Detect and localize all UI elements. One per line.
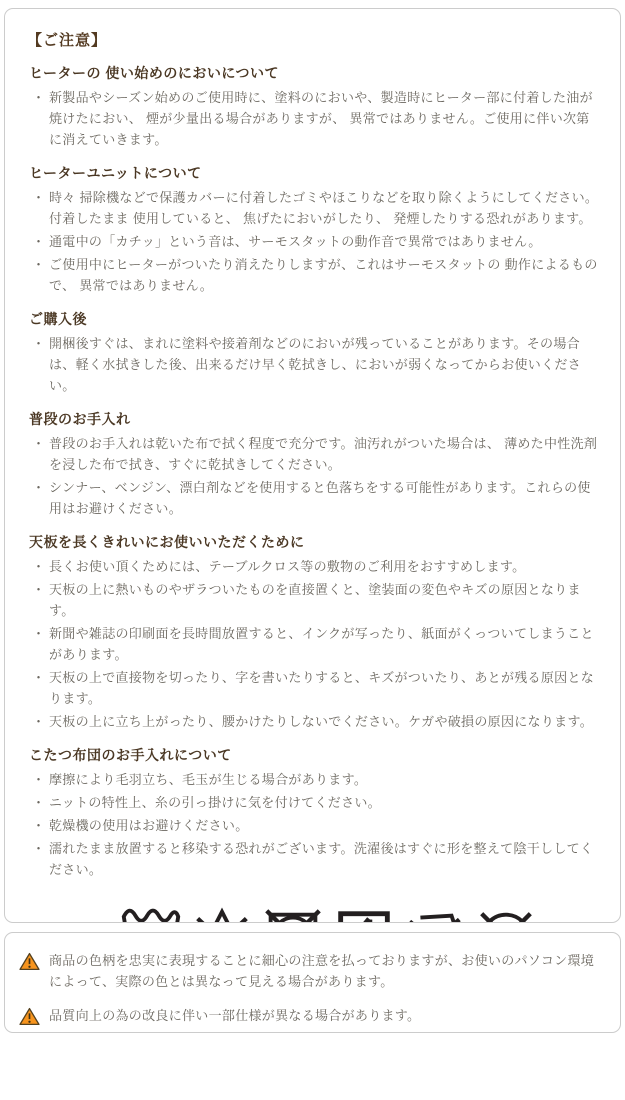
wash-30-icon: 30 — [119, 904, 183, 923]
section-daily-care: 普段のお手入れ 普段のお手入れは乾いた布で拭く程度で充分です。油汚れがついた場合… — [27, 409, 600, 519]
bullet-item: 天板の上に立ち上がったり、腰かけたりしないでください。ケガや破損の原因になります… — [32, 711, 600, 732]
no-tumble-dry-icon — [261, 904, 325, 923]
bullet-item: 新製品やシーズン始めのご使用時に、塗料のにおいや、製造時にヒーター部に付着した油… — [32, 87, 600, 150]
laundry-care-label: 洗濯表示 — [35, 920, 93, 923]
bullet-list: 新製品やシーズン始めのご使用時に、塗料のにおいや、製造時にヒーター部に付着した油… — [27, 87, 600, 150]
bullet-item: 普段のお手入れは乾いた布で拭く程度で充分です。油汚れがついた場合は、 薄めた中性… — [32, 433, 600, 475]
bullet-item: 開梱後すぐは、まれに塗料や接着剤などのにおいが残っていることがあります。その場合… — [32, 333, 600, 396]
footer-notice-box: 商品の色柄を忠実に表現することに細心の注意を払っておりますが、お使いのパソコン環… — [4, 932, 621, 1033]
section-heater-unit: ヒーターユニットについて 時々 掃除機などで保護カバーに付着したゴミやほこりなど… — [27, 163, 600, 296]
bullet-list: 長くお使い頂くためには、テーブルクロス等の敷物のご利用をおすすめします。 天板の… — [27, 556, 600, 732]
section-after-purchase: ご購入後 開梱後すぐは、まれに塗料や接着剤などのにおいが残っていることがあります… — [27, 309, 600, 396]
color-disclaimer: 商品の色柄を忠実に表現することに細心の注意を払っておりますが、お使いのパソコン環… — [19, 950, 602, 992]
section-heading: ご購入後 — [29, 309, 600, 329]
bullet-list: 摩擦により毛羽立ち、毛玉が生じる場合があります。 ニットの特性上、糸の引っ掛けに… — [27, 769, 600, 880]
section-heading: ヒーターの 使い始めのにおいについて — [29, 63, 600, 83]
warning-icon — [19, 1007, 40, 1026]
bullet-item: 摩擦により毛羽立ち、毛玉が生じる場合があります。 — [32, 769, 600, 790]
bullet-item: 時々 掃除機などで保護カバーに付着したゴミやほこりなどを取り除くようにしてくださ… — [32, 187, 600, 229]
section-tabletop-care: 天板を長くきれいにお使いいただくために 長くお使い頂くためには、テーブルクロス等… — [27, 532, 600, 732]
no-dry-clean-icon — [474, 904, 538, 923]
no-bleach-icon — [190, 904, 254, 923]
bullet-item: 新聞や雑誌の印刷面を長時間放置すると、インクが写ったり、紙面がくっついてしまうこ… — [32, 623, 600, 665]
bullet-item: 天板の上で直接物を切ったり、字を書いたりすると、キズがついたり、あとが残る原因と… — [32, 667, 600, 709]
bullet-item: 天板の上に熱いものやザラついたものを直接置くと、塗装面の変色やキズの原因となりま… — [32, 579, 600, 621]
section-heading: ヒーターユニットについて — [29, 163, 600, 183]
bullet-list: 時々 掃除機などで保護カバーに付着したゴミやほこりなどを取り除くようにしてくださ… — [27, 187, 600, 296]
section-heading: 天板を長くきれいにお使いいただくために — [29, 532, 600, 552]
page-title: 【ご注意】 — [27, 29, 600, 50]
section-heading: こたつ布団のお手入れについて — [29, 745, 600, 765]
section-heater-smell: ヒーターの 使い始めのにおいについて 新製品やシーズン始めのご使用時に、塗料のに… — [27, 63, 600, 150]
notice-box: 【ご注意】 ヒーターの 使い始めのにおいについて 新製品やシーズン始めのご使用時… — [4, 8, 621, 923]
bullet-item: シンナー、ベンジン、漂白剤などを使用すると色落ちをする可能性があります。これらの… — [32, 477, 600, 519]
bullet-list: 開梱後すぐは、まれに塗料や接着剤などのにおいが残っていることがあります。その場合… — [27, 333, 600, 396]
warning-text: 品質向上の為の改良に伴い一部仕様が異なる場合があります。 — [49, 1005, 420, 1026]
warning-icon — [19, 952, 40, 971]
shade-dry-icon — [332, 904, 396, 923]
bullet-item: 乾燥機の使用はお避けください。 — [32, 815, 600, 836]
section-futon-care: こたつ布団のお手入れについて 摩擦により毛羽立ち、毛玉が生じる場合があります。 … — [27, 745, 600, 880]
bullet-list: 普段のお手入れは乾いた布で拭く程度で充分です。油汚れがついた場合は、 薄めた中性… — [27, 433, 600, 519]
no-iron-icon — [403, 904, 467, 923]
laundry-care-row: 洗濯表示 30 — [27, 904, 600, 923]
section-heading: 普段のお手入れ — [29, 409, 600, 429]
bullet-item: 長くお使い頂くためには、テーブルクロス等の敷物のご利用をおすすめします。 — [32, 556, 600, 577]
spec-disclaimer: 品質向上の為の改良に伴い一部仕様が異なる場合があります。 — [19, 1005, 602, 1026]
bullet-item: ニットの特性上、糸の引っ掛けに気を付けてください。 — [32, 792, 600, 813]
warning-text: 商品の色柄を忠実に表現することに細心の注意を払っておりますが、お使いのパソコン環… — [49, 950, 602, 992]
bullet-item: 通電中の「カチッ」という音は、サーモスタットの動作音で異常ではありません。 — [32, 231, 600, 252]
bullet-item: 濡れたまま放置すると移染する恐れがございます。洗濯後はすぐに形を整えて陰干しして… — [32, 838, 600, 880]
laundry-symbols: 30 — [119, 904, 538, 923]
bullet-item: ご使用中にヒーターがついたり消えたりしますが、これはサーモスタットの 動作による… — [32, 254, 600, 296]
